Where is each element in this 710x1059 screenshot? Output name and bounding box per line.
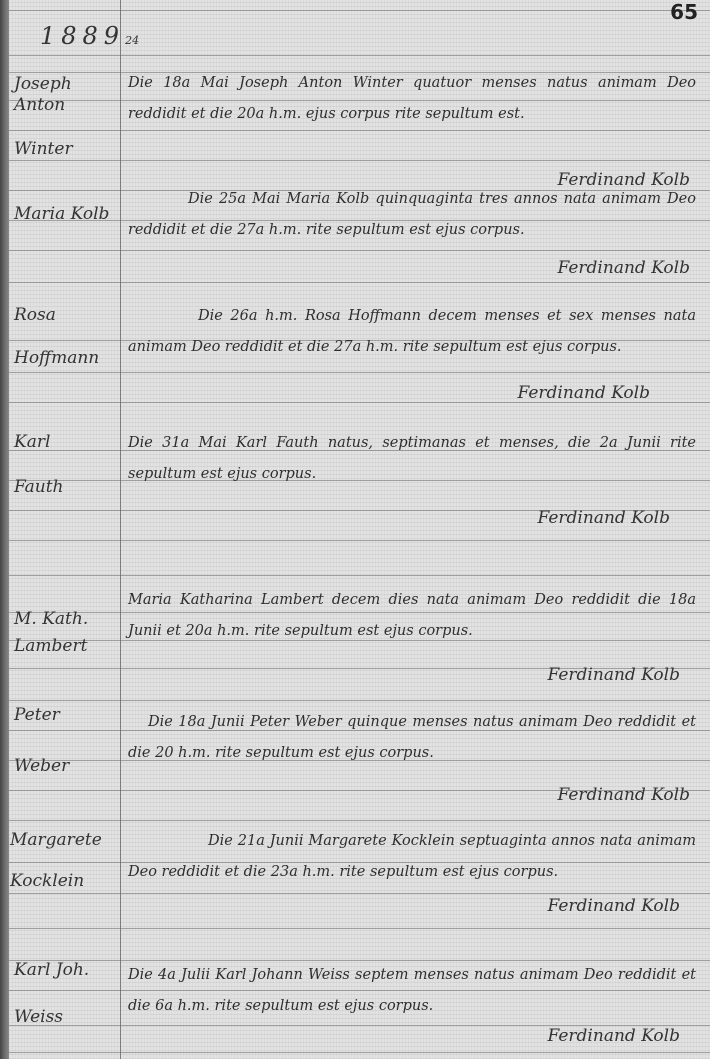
ruled-line [9,820,710,821]
deceased-name: Joseph Anton Winter [14,74,118,160]
deceased-name: Rosa Hoffmann [14,305,118,370]
entry-text: Die 18a Mai Joseph Anton Winter quatuor … [128,68,696,130]
ruled-line [9,372,710,373]
year-value: 1889 [40,22,125,50]
ruled-line [9,700,710,701]
signature: Ferdinand Kolb [548,896,681,916]
signature: Ferdinand Kolb [558,258,691,278]
deceased-name: Margarete Kocklein [10,830,114,893]
year-suffix: 24 [125,34,139,47]
page-number: 65 [670,0,698,24]
signature: Ferdinand Kolb [538,508,671,528]
signature: Ferdinand Kolb [548,665,681,685]
ruled-line [9,160,710,161]
register-year: 188924 [40,22,139,50]
entry-text: Die 31a Mai Karl Fauth natus, septimanas… [128,428,696,490]
ruled-line [9,250,710,251]
entry-text: Die 21a Junii Margarete Kocklein septuag… [128,826,696,888]
signature: Ferdinand Kolb [518,383,651,403]
entry-text: Maria Katharina Lambert decem dies nata … [128,585,696,647]
deceased-name: Karl Fauth [14,432,118,499]
entry-text: Die 18a Junii Peter Weber quinque menses… [128,707,696,769]
ruled-line [9,928,710,929]
ruled-line [9,575,710,576]
ruled-line [9,893,710,894]
deceased-name: Karl Joh. Weiss [14,960,118,1029]
entry-text: Die 4a Julii Karl Johann Weiss septem me… [128,960,696,1022]
register-page: 65 188924 Joseph Anton Winter Die 18a Ma… [0,0,710,1059]
entry-text: Die 25a Mai Maria Kolb quinquaginta tres… [128,184,696,246]
ruled-line [9,55,710,56]
signature: Ferdinand Kolb [548,1026,681,1046]
ruled-line [9,1052,710,1053]
ruled-line [9,540,710,541]
deceased-name: Maria Kolb [14,204,118,225]
deceased-name: Peter Weber [14,705,118,778]
entry-text: Die 26a h.m. Rosa Hoffmann decem menses … [128,301,696,363]
name-column-divider [120,0,121,1059]
ruled-line [9,10,710,11]
book-binding-edge [0,0,9,1059]
ruled-line [9,282,710,283]
signature: Ferdinand Kolb [558,785,691,805]
deceased-name: M. Kath. Lambert [14,609,118,658]
